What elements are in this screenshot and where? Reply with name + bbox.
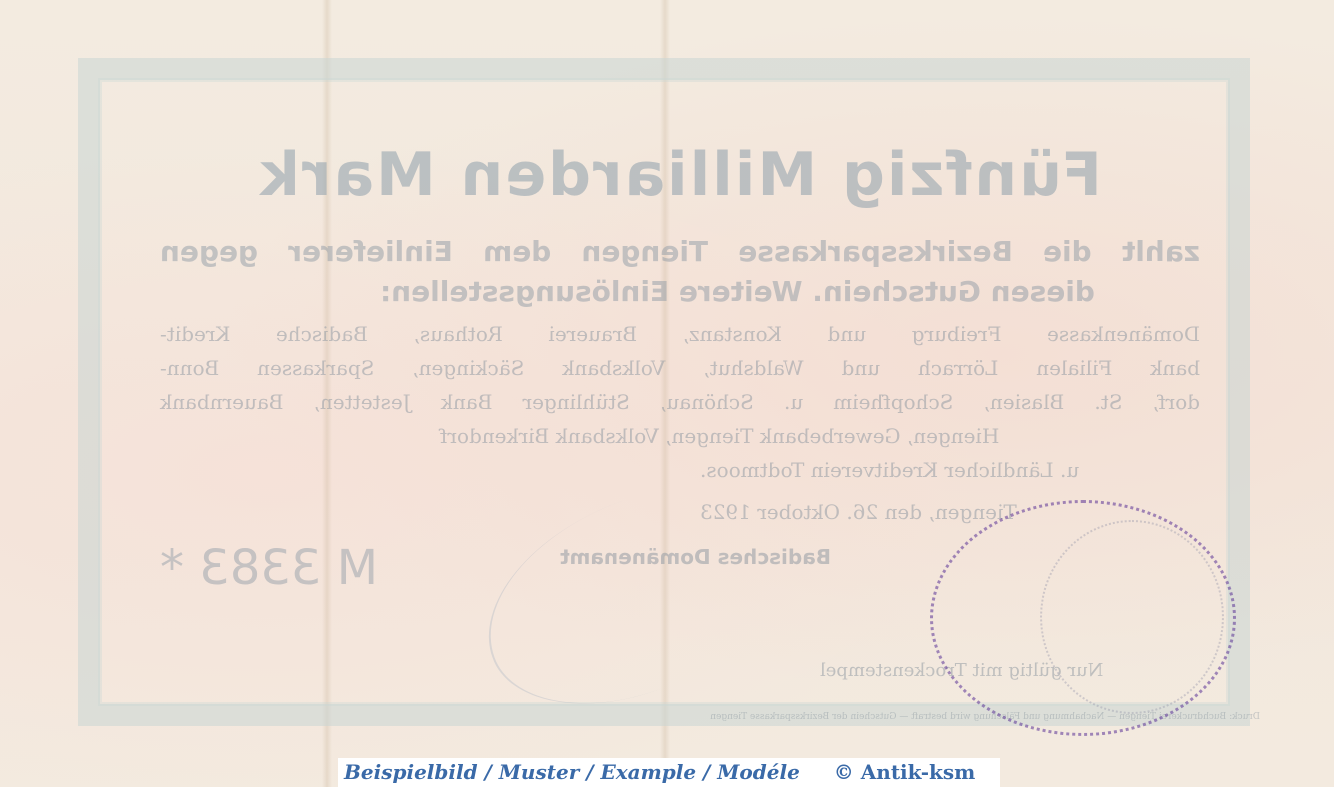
banknote-back: Fünfzig Milliarden Mark zahlt die Bezirk… bbox=[0, 0, 1334, 787]
watermark-caption: Beispielbild / Muster / Example / Modéle… bbox=[338, 758, 1000, 787]
copyright-text: © Antik-ksm bbox=[834, 760, 975, 784]
note-body-line: Domänenkasse Freiburg und Konstanz, Brau… bbox=[160, 322, 1200, 346]
note-body-line: Hiengen, Gewerbebank Tiengen, Volksbank … bbox=[440, 424, 1200, 448]
serial-number: M 3383 * bbox=[160, 540, 378, 596]
note-body-line: bank Filialen Lörrach und Waldshut, Volk… bbox=[160, 356, 1200, 380]
note-body-line: u. Ländlicher Kreditverein Todtmoos. bbox=[700, 458, 1200, 482]
note-body-line: dorf, St. Blasien, Schopfheim u. Schönau… bbox=[160, 390, 1200, 414]
note-title: Fünfzig Milliarden Mark bbox=[205, 140, 1155, 210]
note-text-line: zahlt die Bezirkssparkasse Tiengen dem E… bbox=[160, 235, 1200, 268]
note-text-line: diesen Gutschein. Weitere Einlösungsstel… bbox=[380, 275, 1200, 308]
caption-text: Beispielbild / Muster / Example / Modéle bbox=[344, 760, 800, 784]
ink-stamp bbox=[930, 500, 1236, 736]
